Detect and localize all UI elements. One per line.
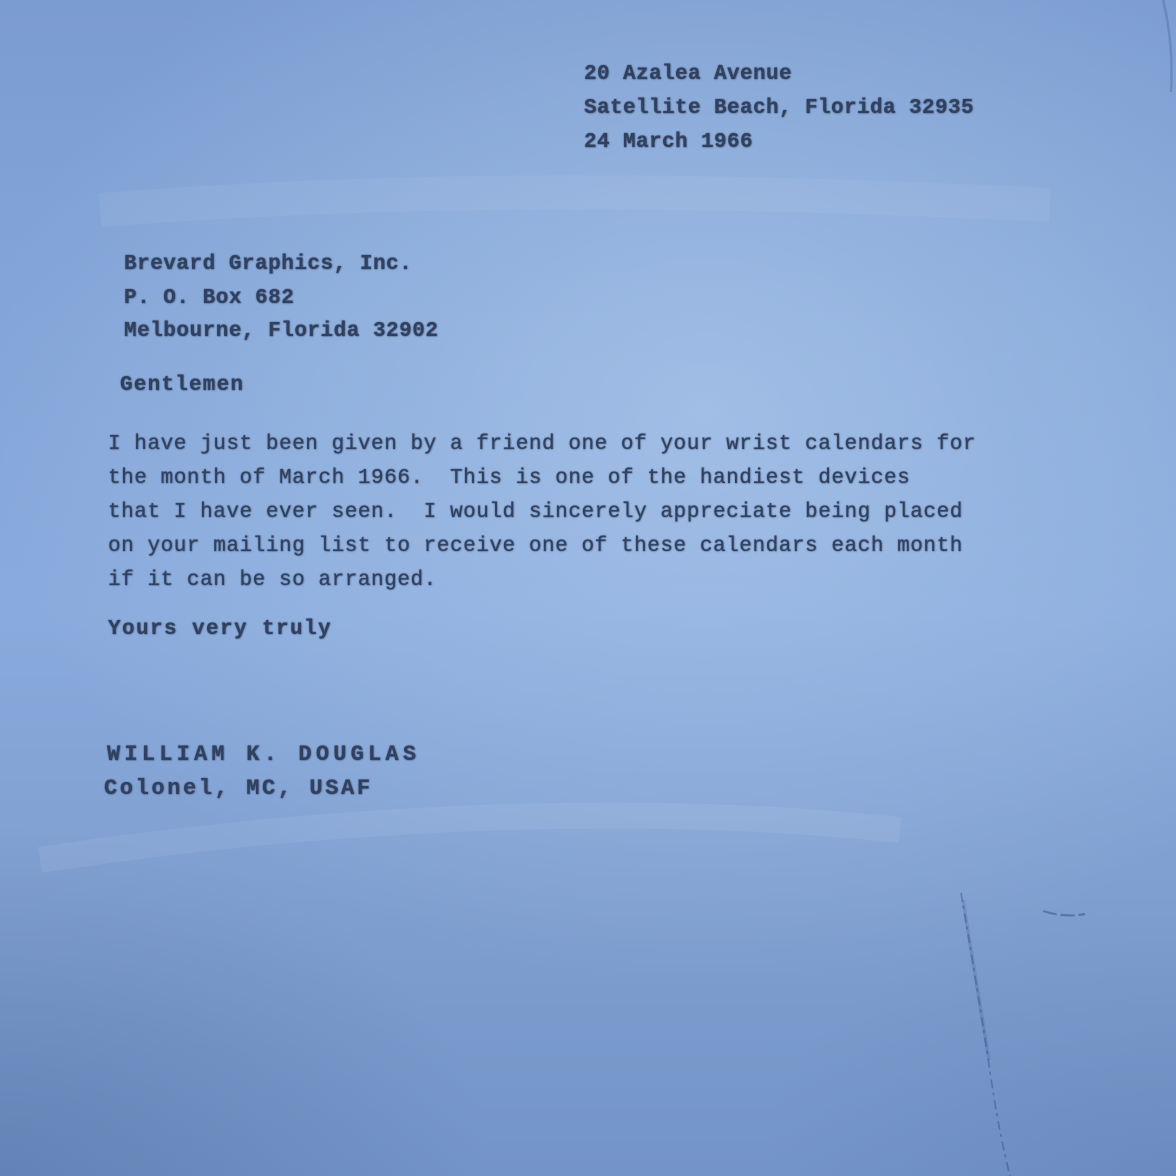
sender-address-line: 20 Azalea Avenue [584,63,792,86]
signature-title: Colonel, MC, USAF [104,776,373,801]
body-line: on your mailing list to receive one of t… [108,535,963,558]
recipient-address-line: P. O. Box 682 [124,287,294,310]
recipient-name-line: Brevard Graphics, Inc. [124,253,412,276]
signature-name: WILLIAM K. DOUGLAS [107,742,420,767]
closing-line: Yours very truly [108,618,332,641]
letter-date: 24 March 1966 [584,131,753,154]
body-line: if it can be so arranged. [108,569,437,592]
sender-address-line: Satellite Beach, Florida 32935 [584,97,974,120]
letter-photo: 20 Azalea Avenue Satellite Beach, Florid… [0,0,1176,1176]
body-line: that I have ever seen. I would sincerely… [108,501,963,524]
recipient-address-line: Melbourne, Florida 32902 [124,320,438,343]
body-line: the month of March 1966. This is one of … [108,467,910,490]
salutation: Gentlemen [120,374,244,397]
body-line: I have just been given by a friend one o… [108,433,976,456]
